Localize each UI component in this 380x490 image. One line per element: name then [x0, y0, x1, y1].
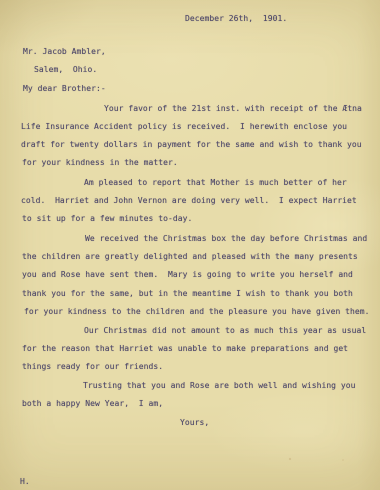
body-line: Your favor of the 21st inst. with receip… [104, 104, 362, 114]
body-line: things ready for our friends. [22, 362, 163, 372]
body-line: both a happy New Year, I am, [22, 399, 163, 409]
body-line: you and Rose have sent them. Mary is goi… [22, 270, 353, 280]
recipient-name: Mr. Jacob Ambler, [23, 47, 106, 57]
body-line: We received the Christmas box the day be… [85, 234, 367, 244]
body-line: Trusting that you and Rose are both well… [83, 381, 356, 391]
date-line: December 26th, 1901. [185, 14, 287, 24]
letter-document: December 26th, 1901. Mr. Jacob Ambler, S… [0, 0, 380, 490]
body-line: for your kindness to the children and th… [24, 307, 370, 317]
salutation: My dear Brother:- [23, 84, 106, 94]
body-line: draft for twenty dollars in payment for … [21, 140, 362, 150]
body-line: Life Insurance Accident policy is receiv… [21, 122, 347, 132]
body-line: for the reason that Harriet was unable t… [22, 344, 348, 354]
body-line: for your kindness in the matter. [22, 158, 178, 168]
closing: Yours, [180, 418, 209, 428]
body-line: thank you for the same, but in the meant… [22, 289, 353, 299]
body-line: the children are greatly delighted and p… [22, 252, 358, 262]
body-line: cold. Harriet and John Vernon are doing … [21, 196, 357, 206]
body-line: Our Christmas did not amount to as much … [84, 326, 366, 336]
body-line: Am pleased to report that Mother is much… [84, 178, 347, 188]
typist-initials: H. [20, 477, 30, 487]
recipient-city: Salem, Ohio. [34, 65, 97, 75]
body-line: to sit up for a few minutes to-day. [22, 214, 192, 224]
